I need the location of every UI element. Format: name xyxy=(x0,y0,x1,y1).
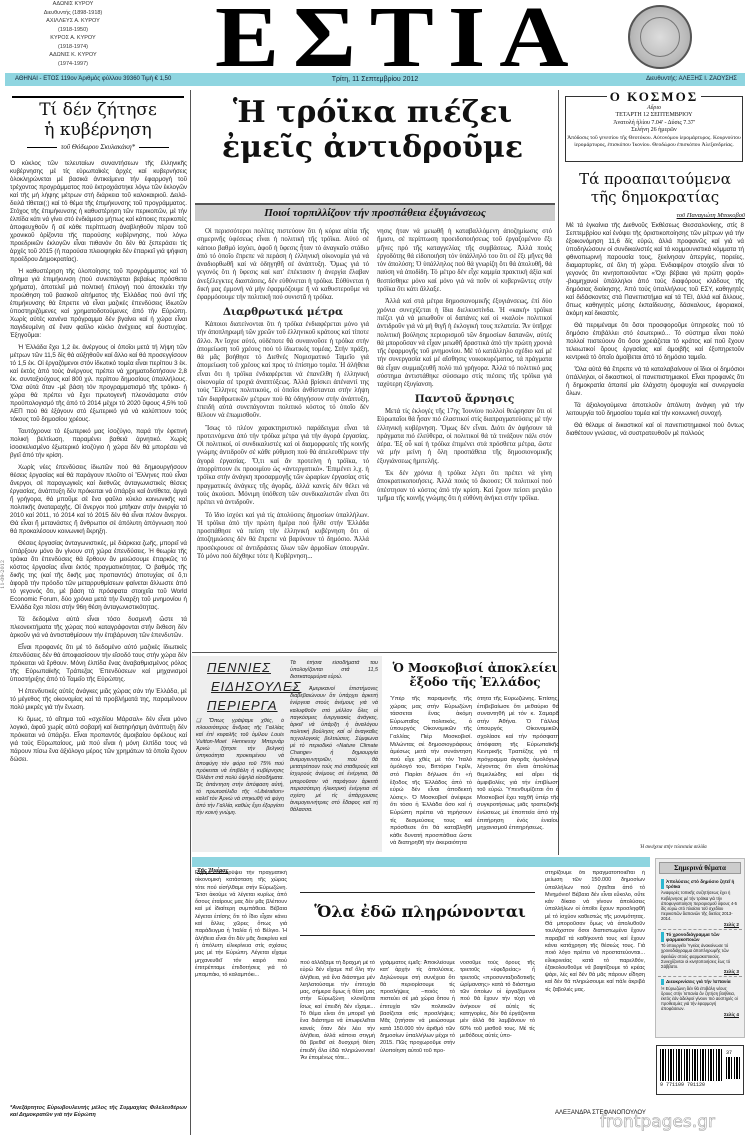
topic-item[interactable]: Διευκρινίσεις γιά τήν Ἰσπανία Ἡ Εὐρωζώνη… xyxy=(658,977,742,1018)
divider xyxy=(192,652,557,653)
day-column-2: πού ἀλλάξαμε τή δραχμή μέ τό εὐρώ δέν εἴ… xyxy=(300,960,375,1105)
opinion-footnote: *Ανεξάρτητος Εὐρωβουλευτής μέλος τῆς Συμ… xyxy=(10,1105,187,1119)
lead-column-2: νησις ἦταν νά μειωθῆ ἡ καταβαλλόμενη ἀπο… xyxy=(377,228,552,648)
founder-years: (1974-1997) xyxy=(28,60,118,69)
news-item: Τά ἐτήσια εἰσοδήματά του ὑπολογίζονται σ… xyxy=(290,660,378,850)
lead-headline[interactable]: Ἡ τρόϊκα πιέζει ἐμεῖς ἀντιδροῦμε xyxy=(195,95,550,165)
divider xyxy=(300,892,535,893)
column-divider xyxy=(190,90,191,1135)
founder-name: ΚΥΡΟΣ Α. ΚΥΡΟΥ xyxy=(28,34,118,43)
section-heading: Διαρθρωτικά μέτρα xyxy=(197,308,369,316)
founder-years: Διευθυντής (1898-1918) xyxy=(28,9,118,18)
founder-years: (1918-1950) xyxy=(28,26,118,35)
editorial-byline: τοῦ Παναγιώτη Μποκοβοῦ xyxy=(600,212,745,219)
issue-info: ΑΘΗΝΑΙ - ΕΤΟΣ 119ον Ἀριθμὸς φύλλου 39360… xyxy=(15,73,171,86)
today-topics-box: Σημερινά θέματα Ἀπολύσεις στό δημόσιο ζη… xyxy=(655,858,745,1038)
founder-years: (1918-1974) xyxy=(28,43,118,52)
continued-note[interactable]: Ἡ συνέχεια στήν τελευταία σελίδα xyxy=(640,845,707,850)
divider xyxy=(12,96,184,98)
day-headline[interactable]: Ὅλα ἐδῶ πληρώνονται xyxy=(300,902,540,921)
day-column-5: στηρίζουμε ὅτι πραγματοποιεῖται ἡ μείωση… xyxy=(545,870,645,1105)
day-column-3: γράμματος ἐμεῖς: Ἀποκλείουμε κατ' ἀρχήν … xyxy=(380,960,455,1105)
barcode-number: 9 771109 701120 xyxy=(660,1081,740,1089)
lead-subhead: Ποιοί τορπιλλίζουν τήν προσπάθεια ἐξυγιά… xyxy=(195,203,555,221)
moscovici-column-2: ότητα τῆς Εὐρωζώνης. Ἐπίσης, ἐπιβεβαίωσε… xyxy=(477,696,559,851)
founder-name: ΑΔΩΝΙΣ Κ. ΚΥΡΟΥ xyxy=(28,51,118,60)
kosmos-box: Ο ΚΟΣΜΟΣ Αὔριο ΤΕΤΑΡΤΗ 12 ΣΕΠΤΕΜΒΡΙΟΥ Ἀν… xyxy=(565,96,743,162)
newspaper-title: ΕΣΤΙΑ xyxy=(215,0,535,78)
editorial-body: Μέ τά ἐγκαίνια τῆς Διεθνοῦς Ἐκθέσεως Θεσ… xyxy=(566,222,744,822)
moscovici-headline[interactable]: Ὁ Μοσκοβισί ἀποκλείει ἔξοδο τῆς Ἑλλάδος xyxy=(390,661,560,689)
kosmos-title: Ο ΚΟΣΜΟΣ xyxy=(607,90,701,103)
day-column-4: νοσοῦμε τούς ὅρους τῆς τριετοῦς «ἐφεδρεί… xyxy=(460,960,535,1105)
opinion-body: Ὁ κύκλος τῶν τελευταίων συναντήσεων τῆς … xyxy=(10,160,187,1040)
lead-column-1: Οἱ περισσότεροι πολίτες πιστεύουν ὅτι ἡ … xyxy=(197,228,369,648)
topic-item[interactable]: Τό χρονοδιάγραμμα τῶν φαρμακοποιῶν Τό ὑπ… xyxy=(658,930,742,978)
date-bar: ΑΘΗΝΑΙ - ΕΤΟΣ 119ον Ἀριθμὸς φύλλου 39360… xyxy=(5,73,745,86)
moscovici-column-1: Ὑπέρ τῆς παραμονῆς τῆς χώρας μας στήν Εὐ… xyxy=(390,696,472,851)
editorial-title[interactable]: Τά προαπαιτούμενα τῆς δημοκρατίας xyxy=(565,170,745,206)
barcode: 37 9 771109 701120 xyxy=(656,1045,744,1095)
opinion-byline: τοῦ Θόδωρου Σκυλακάκη* xyxy=(10,143,186,151)
day-column-1: Εἴχαμε ἀποκρύψει τήν πραγματική οἰκονομι… xyxy=(195,870,287,1105)
barcode-bars-icon xyxy=(660,1049,722,1081)
day-section-band: Τῆς Ἡμέρας xyxy=(192,857,650,867)
founder-name: ΑΔΩΝΙΣ ΚΥΡΟΥ xyxy=(28,0,118,9)
topic-item[interactable]: Ἀπολύσεις στό δημόσιο ζητεῖ ἡ τρόϊκα Ἀνα… xyxy=(658,877,742,930)
section-heading: Παντοῦ ἄρνησις xyxy=(377,395,552,403)
today-topics-header: Σημερινά θέματα xyxy=(659,862,741,874)
opinion-title[interactable]: Τί δέν ζήτησε ἡ κυβέρνηση xyxy=(10,100,186,140)
divider xyxy=(300,935,535,936)
founder-name: ΑΧΙΛΛΕΥΣ Α. ΚΥΡΟΥ xyxy=(28,17,118,26)
news-item: ❑ Ὅπως γράψαμε χθές, ὁ πλουσιότερος ἄνδρ… xyxy=(196,718,284,850)
seal-logo-icon xyxy=(628,5,692,69)
side-stamp: 11-09-2012 xyxy=(0,560,8,589)
watermark: frontpages.gr xyxy=(600,1112,715,1132)
director-info: Διευθυντής: ΑΛΕΞΗΣ Ι. ΖΑΟΥΣΗΣ xyxy=(646,73,737,86)
founders-list: ΑΔΩΝΙΣ ΚΥΡΟΥ Διευθυντής (1898-1918) ΑΧΙΛ… xyxy=(28,0,118,68)
issue-date: Τρίτη, 11 Σεπτεμβρίου 2012 xyxy=(295,73,455,86)
